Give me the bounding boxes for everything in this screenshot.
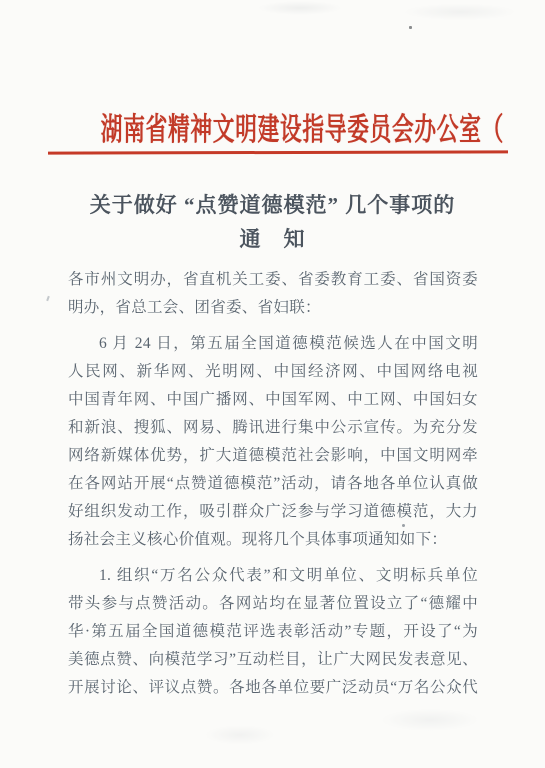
body-line: 网络新媒体优势，扩大道德模范社会影响，中国文明网牵头， <box>68 442 478 470</box>
scanned-document-page: { "colors": { "header_red": "#c23a28", "… <box>0 0 545 768</box>
body-line: 1. 组织“万名公众代表”和文明单位、文明标兵单位 <box>68 562 478 590</box>
body-line: 明办，省总工会、团省委、省妇联： <box>68 294 478 322</box>
body-line: 和新浪、搜狐、网易、腾讯进行集中公示宣传。为充分发挥 <box>68 414 478 442</box>
body-line: 开展讨论、评议点赞。各地各单位要广泛动员“万名公众代 <box>68 674 478 702</box>
letterhead-divider-rule <box>48 150 508 154</box>
document-body: 各市州文明办，省直机关工委、省委教育工委、省国资委文 明办，省总工会、团省委、省… <box>68 266 478 702</box>
document-title-line2: 通 知 <box>0 223 545 253</box>
letterhead: 湖南省精神文明建设指导委员会办公室（ ） <box>0 104 545 149</box>
letterhead-org-name: 湖南省精神文明建设指导委员会办公室（ ） <box>101 104 545 149</box>
body-line: 华·第五届全国道德模范评选表彰活动”专题，开设了“为 <box>68 618 478 646</box>
body-line: 好组织发动工作，吸引群众广泛参与学习道德模范，大力弘 <box>68 498 478 526</box>
body-line: 6 月 24 日，第五届全国道德模范候选人在中国文明网、 <box>68 330 478 358</box>
body-line: 中国青年网、中国广播网、中国军网、中工网、中国妇女网 <box>68 386 478 414</box>
body-line: 各市州文明办，省直机关工委、省委教育工委、省国资委文 <box>68 266 478 294</box>
body-line: 在各网站开展“点赞道德模范”活动，请各地各单位认真做 <box>68 470 478 498</box>
body-line: 人民网、新华网、光明网、中国经济网、中国网络电视台、 <box>68 358 478 386</box>
scan-speck <box>409 26 412 29</box>
body-line: 带头参与点赞活动。各网站均在显著位置设立了“德耀中 <box>68 590 478 618</box>
body-line: 美德点赞、向模范学习”互动栏目，让广大网民发表意见、 <box>68 646 478 674</box>
body-line: 扬社会主义核心价值观。现将几个具体事项通知如下： <box>68 526 478 554</box>
scan-speck <box>46 296 50 301</box>
document-title-line1: 关于做好 “点赞道德模范” 几个事项的 <box>0 189 545 219</box>
